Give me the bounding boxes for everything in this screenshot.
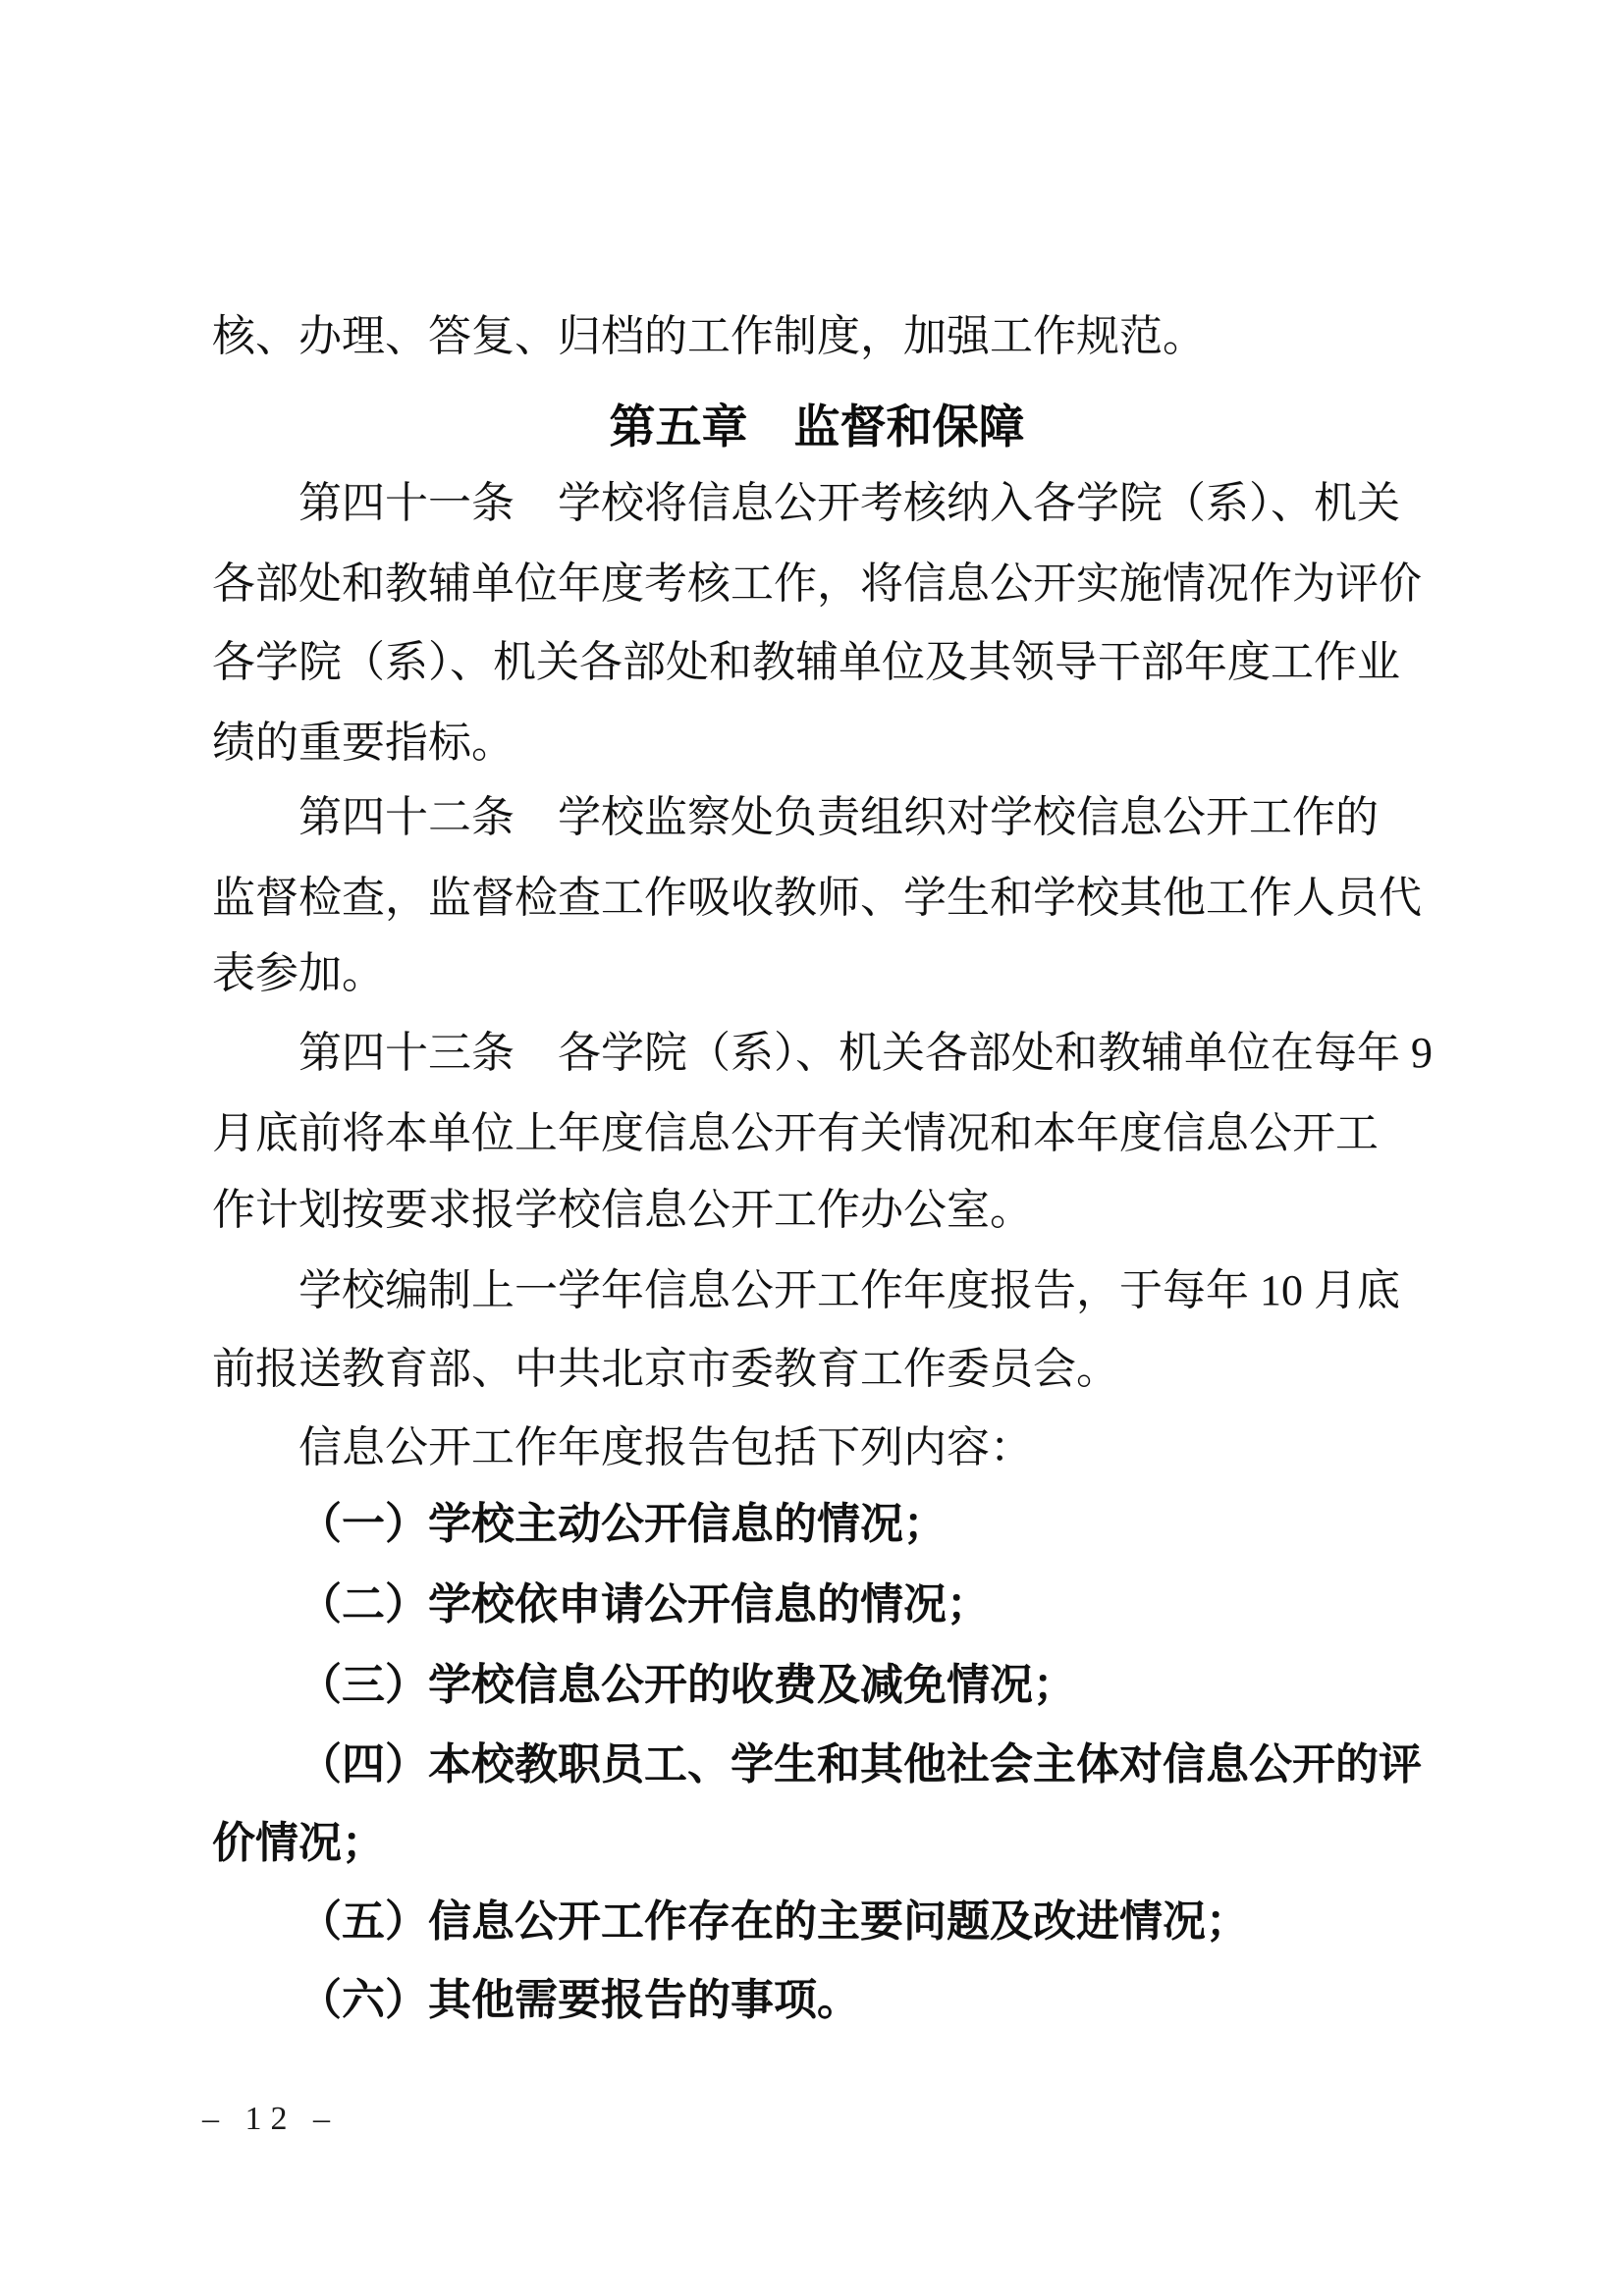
list-item-1: （一）学校主动公开信息的情况； bbox=[298, 1500, 947, 1550]
list-item-4-continued: 价情况； bbox=[212, 1819, 385, 1869]
page-number: – 12 – bbox=[202, 2101, 339, 2138]
paragraph-line: 信息公开工作年度报告包括下列内容： bbox=[298, 1423, 1033, 1473]
paragraph-line: 各部处和教辅单位年度考核工作，将信息公开实施情况作为评价 bbox=[212, 560, 1422, 610]
article-43-line: 第四十三条 各学院（系）、机关各部处和教辅单位在每年 9 bbox=[298, 1029, 1433, 1079]
paragraph-line: 表参加。 bbox=[212, 949, 385, 999]
chapter-heading: 第五章 监督和保障 bbox=[212, 391, 1422, 456]
article-41-line: 第四十一条 学校将信息公开考核纳入各学院（系）、机关 bbox=[298, 479, 1400, 529]
list-item-5: （五）信息公开工作存在的主要问题及改进情况； bbox=[298, 1897, 1249, 1948]
article-42-line: 第四十二条 学校监察处负责组织对学校信息公开工作的 bbox=[298, 793, 1379, 843]
paragraph-line: 月底前将本单位上年度信息公开有关情况和本年度信息公开工 bbox=[212, 1109, 1379, 1159]
paragraph-line: 作计划按要求报学校信息公开工作办公室。 bbox=[212, 1186, 1033, 1236]
paragraph-line: 前报送教育部、中共北京市委教育工作委员会。 bbox=[212, 1345, 1119, 1395]
list-item-3: （三）学校信息公开的收费及减免情况； bbox=[298, 1661, 1076, 1711]
list-item-2: （二）学校依申请公开信息的情况； bbox=[298, 1580, 990, 1630]
paragraph-line: 监督检查，监督检查工作吸收教师、学生和学校其他工作人员代 bbox=[212, 874, 1422, 924]
paragraph-line: 学校编制上一学年信息公开工作年度报告，于每年 10 月底 bbox=[298, 1266, 1400, 1316]
document-page: 核、办理、答复、归档的工作制度，加强工作规范。 第五章 监督和保障 第四十一条 … bbox=[0, 0, 1624, 2296]
list-item-4: （四）本校教职员工、学生和其他社会主体对信息公开的评 bbox=[298, 1740, 1422, 1790]
paragraph-line: 核、办理、答复、归档的工作制度，加强工作规范。 bbox=[212, 312, 1206, 362]
paragraph-line: 绩的重要指标。 bbox=[212, 719, 514, 769]
paragraph-line: 各学院（系）、机关各部处和教辅单位及其领导干部年度工作业 bbox=[212, 638, 1400, 688]
list-item-6: （六）其他需要报告的事项。 bbox=[298, 1976, 860, 2026]
